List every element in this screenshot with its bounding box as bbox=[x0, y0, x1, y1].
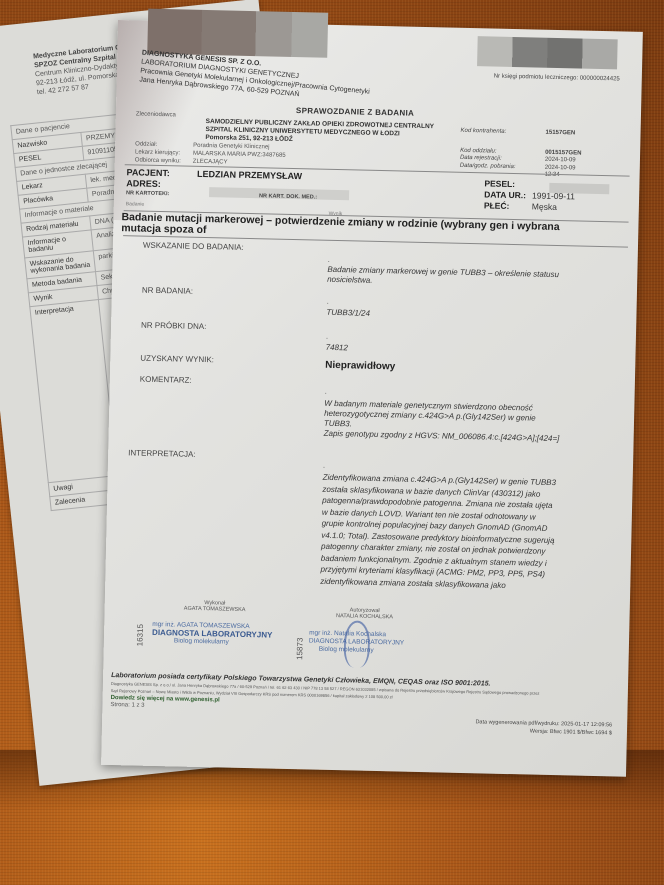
report-title: SPRAWOZDANIE Z BADANIA bbox=[296, 106, 414, 118]
lab-header: DIAGNOSTYKA GENESIS SP. Z O.O. LABORATOR… bbox=[139, 49, 372, 106]
patient-label: PACJENT: bbox=[126, 167, 194, 179]
registry-number: Nr księgi podmiotu leczniczego: 00000002… bbox=[494, 74, 620, 83]
redacted-barcode bbox=[477, 36, 618, 69]
indication-label: WSKAZANIE DO BADANIA: bbox=[143, 241, 244, 252]
sex-value: Męska bbox=[532, 201, 557, 213]
dna-sample-value: 74812 bbox=[326, 343, 348, 354]
interpretation-value: Zidentyfikowana zmiana c.424G>A p.(Gly14… bbox=[320, 472, 623, 594]
redacted-pesel bbox=[549, 183, 609, 194]
contractor-code-value: 15157GEN bbox=[545, 130, 575, 138]
result-value: Nieprawidłowy bbox=[325, 361, 395, 373]
patient-name: LEDZIAN PRZEMYSŁAW bbox=[197, 169, 302, 181]
authorized-stamp-number: 15873 bbox=[295, 638, 305, 660]
test-number-label: NR BADANIA: bbox=[142, 286, 193, 296]
file-number-label: NR KARTOTEKI: bbox=[126, 190, 169, 197]
comment-value: W badanym materiale genetycznym stwierdz… bbox=[324, 399, 615, 446]
performed-stamp-number: 16315 bbox=[135, 624, 145, 646]
result-label: UZYSKANY WYNIK: bbox=[140, 354, 214, 365]
interpretation-label: INTERPRETACJA: bbox=[128, 448, 196, 459]
report-page: DIAGNOSTYKA GENESIS SP. Z O.O. LABORATOR… bbox=[101, 20, 643, 777]
sex-label: PŁEĆ: bbox=[484, 200, 532, 212]
redacted-logo bbox=[147, 9, 328, 58]
comment-label: KOMENTARZ: bbox=[140, 375, 192, 385]
signature-scribble bbox=[343, 620, 370, 668]
print-info: Data wygenerowania pdf/wydruku: 2025-01-… bbox=[475, 718, 612, 737]
test-number-value: TUBB3/1/24 bbox=[326, 308, 370, 319]
report-footer: Laboratorium posiada certyfikaty Polskie… bbox=[110, 672, 621, 721]
column-badanie: Badanie bbox=[126, 201, 144, 207]
address-label: ADRES: bbox=[126, 178, 161, 189]
version-info: Wersja: Bfwc 1901 $/Bfwc 1694 $ bbox=[475, 726, 612, 737]
registry-value: 000000024425 bbox=[580, 75, 620, 82]
bullet: . bbox=[325, 387, 327, 396]
performed-stamp: mgr inż. AGATA TOMASZEWSKA DIAGNOSTA LAB… bbox=[152, 621, 273, 648]
bullet: . bbox=[327, 297, 329, 306]
authorized-by: Autoryzował NATALIA KOCHALSKA bbox=[304, 606, 424, 621]
bullet: . bbox=[323, 461, 325, 470]
registry-label: Nr księgi podmiotu leczniczego: bbox=[494, 74, 578, 82]
bullet: . bbox=[328, 255, 330, 264]
bullet: . bbox=[326, 332, 328, 341]
dna-sample-label: NR PRÓBKI DNA: bbox=[141, 321, 207, 331]
performed-by: Wykonał AGATA TOMASZEWSKA bbox=[155, 599, 275, 614]
client-label: Zleceniodawca bbox=[136, 110, 186, 119]
client-address: SAMODZIELNY PUBLICZNY ZAKŁAD OPIEKI ZDRO… bbox=[205, 118, 434, 147]
indication-value: Badanie zmiany markerowej w genie TUBB3 … bbox=[327, 265, 597, 291]
med-doc-label: NR KART. DOK. MED.: bbox=[259, 193, 317, 200]
